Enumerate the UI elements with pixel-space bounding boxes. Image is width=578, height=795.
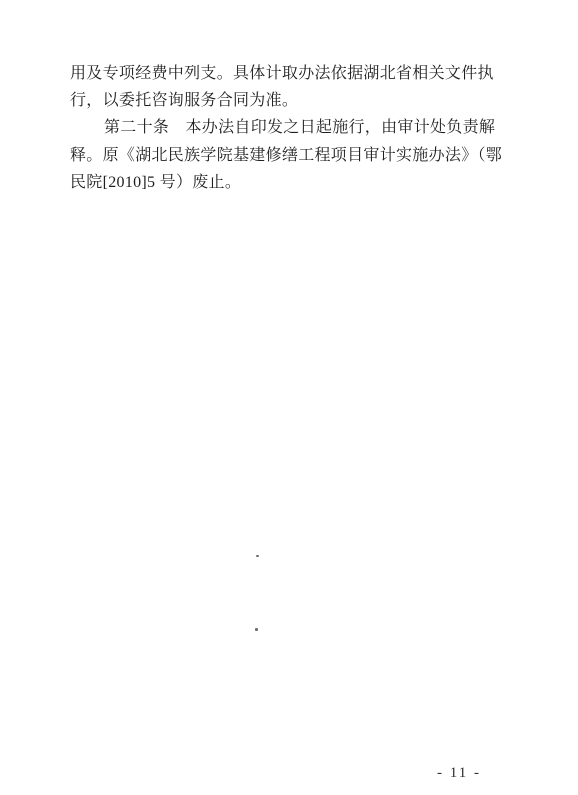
scan-speck: [256, 555, 259, 557]
scan-speck: [255, 628, 258, 631]
text-line: 第二十条 本办法自印发之日起施行，由审计处负责解: [70, 114, 510, 141]
document-text: 用及专项经费中列支。具体计取办法依据湖北省相关文件执 行，以委托咨询服务合同为准…: [70, 60, 510, 196]
text-line: 释。原《湖北民族学院基建修缮工程项目审计实施办法》（鄂: [70, 142, 510, 169]
text-line: 行，以委托咨询服务合同为准。: [70, 87, 510, 114]
text-line: 用及专项经费中列支。具体计取办法依据湖北省相关文件执: [70, 60, 510, 87]
page-number: - 11 -: [437, 765, 481, 782]
document-page: 用及专项经费中列支。具体计取办法依据湖北省相关文件执 行，以委托咨询服务合同为准…: [0, 0, 578, 795]
text-line: 民院[2010]5 号）废止。: [70, 169, 510, 196]
